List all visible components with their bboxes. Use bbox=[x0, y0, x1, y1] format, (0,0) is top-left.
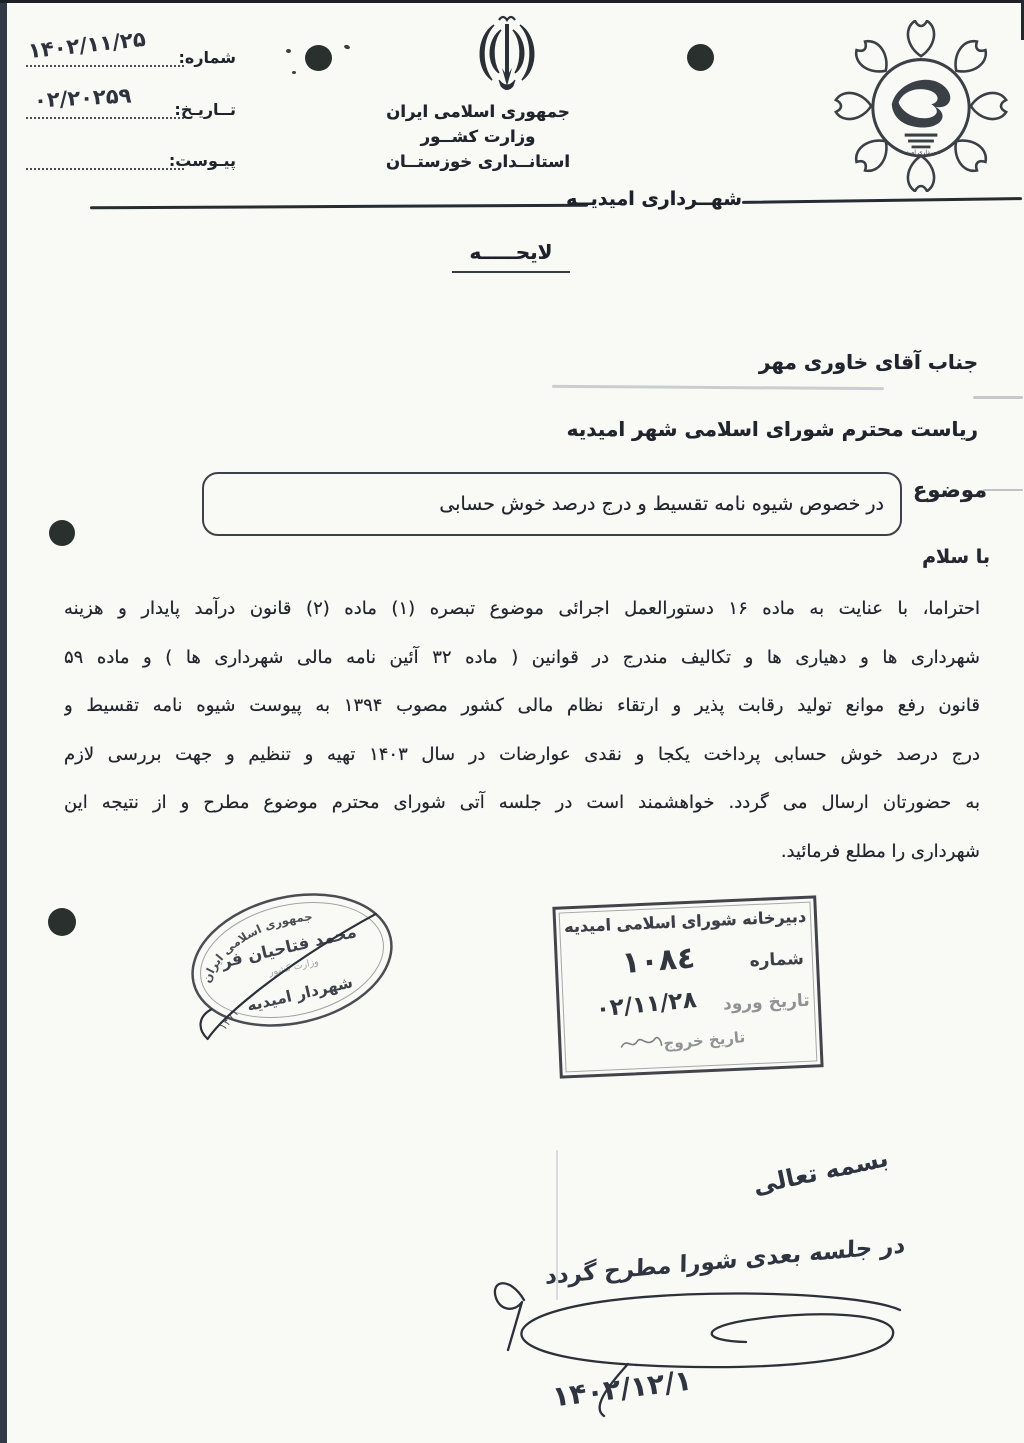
mayor-stamp: جمهوری اسلامی ایران محمد فتاحیان فر وزار… bbox=[160, 852, 424, 1068]
letter-number-value: ۱۴۰۲/۱۱/۲۵ bbox=[27, 27, 147, 63]
scan-edge-top bbox=[0, 0, 1024, 3]
scan-smudge bbox=[983, 489, 1023, 491]
council-entry-label: تاریخ ورود bbox=[723, 991, 811, 1015]
header-org-block: جمهوری اسلامی ایران وزارت کشــور استانــ… bbox=[368, 99, 588, 174]
municipality-logo: شهرداری امیدیه bbox=[826, 20, 1016, 192]
scan-edge-left bbox=[0, 0, 7, 1443]
header-governorate: استانــداری خوزستــان bbox=[368, 149, 588, 174]
scanned-letter-page: شماره: ۱۴۰۲/۱۱/۲۵ تــاریـخ: ۰۲/۲۰۲۵۹ پیـ… bbox=[0, 0, 1024, 1443]
mayor-stamp-year: ۱۳۷۱ bbox=[216, 1006, 241, 1033]
title-rule-right bbox=[742, 197, 1022, 204]
letter-number-line bbox=[26, 64, 184, 67]
ink-speck bbox=[286, 49, 291, 53]
recipient-name: جناب آقای خاوری مهر bbox=[560, 350, 978, 374]
ink-dot bbox=[305, 45, 332, 71]
letter-date-line bbox=[26, 116, 184, 119]
title-rule-left bbox=[90, 204, 588, 210]
handwritten-invocation: بسمه تعالی bbox=[751, 1144, 891, 1200]
letter-body: احتراما، با عنایت به ماده ۱۶ دستورالعمل … bbox=[64, 585, 980, 876]
punch-hole bbox=[49, 520, 75, 546]
body-line: احتراما، با عنایت به ماده ۱۶ دستورالعمل … bbox=[64, 585, 980, 634]
body-line: به حضورتان ارسال می گردد. خواهشمند است د… bbox=[64, 779, 980, 828]
municipality-title: شهــرداری امیدیــه bbox=[576, 188, 742, 210]
recipient-title: ریاست محترم شورای اسلامی شهر امیدیه bbox=[560, 417, 978, 441]
document-type-title: لایحـــــه bbox=[446, 240, 576, 264]
body-line: شهرداری را مطلع فرمائید. bbox=[64, 828, 980, 877]
salutation: با سلام bbox=[910, 546, 990, 568]
subject-box: در خصوص شیوه نامه تقسیط و درج درصد خوش ح… bbox=[202, 472, 902, 536]
mayor-title: شهردار امیدیه bbox=[245, 973, 354, 1015]
header-ministry: وزارت کشــور bbox=[368, 124, 588, 149]
ink-dot bbox=[687, 44, 714, 71]
punch-hole bbox=[48, 908, 76, 936]
ink-speck bbox=[343, 44, 350, 50]
mayor-signature-stroke bbox=[185, 914, 395, 1040]
council-number-value: ۱۰۸٤ bbox=[621, 940, 697, 981]
council-exit-scribble bbox=[619, 1033, 664, 1055]
scan-smudge bbox=[973, 396, 1023, 399]
signature-flourish bbox=[486, 1268, 922, 1428]
attachment-line bbox=[26, 167, 184, 170]
body-line: درج درصد خوش حسابی پرداخت یکجا و نقدی عو… bbox=[64, 731, 980, 780]
letter-date-value: ۰۲/۲۰۲۵۹ bbox=[33, 83, 132, 112]
council-stamp: دبیرخانه شورای اسلامی امیدیه شماره ۱۰۸٤ … bbox=[552, 895, 823, 1078]
scan-smudge bbox=[552, 385, 884, 390]
ink-speck bbox=[292, 71, 296, 74]
subject-label: موضوع bbox=[903, 478, 987, 502]
header-country: جمهوری اسلامی ایران bbox=[368, 99, 588, 124]
subject-text: در خصوص شیوه نامه تقسیط و درج درصد خوش ح… bbox=[439, 493, 884, 515]
logo-caption: شهرداری امیدیه bbox=[901, 149, 941, 156]
body-line: قانون رفع موانع تولید رقابت پذیر و ارتقا… bbox=[64, 682, 980, 731]
iran-emblem-icon bbox=[459, 14, 555, 100]
document-type-underline bbox=[452, 271, 570, 273]
council-number-label: شماره bbox=[749, 949, 804, 971]
body-line: شهرداری ها و دهیاری ها و تکالیف مندرج در… bbox=[64, 634, 980, 683]
